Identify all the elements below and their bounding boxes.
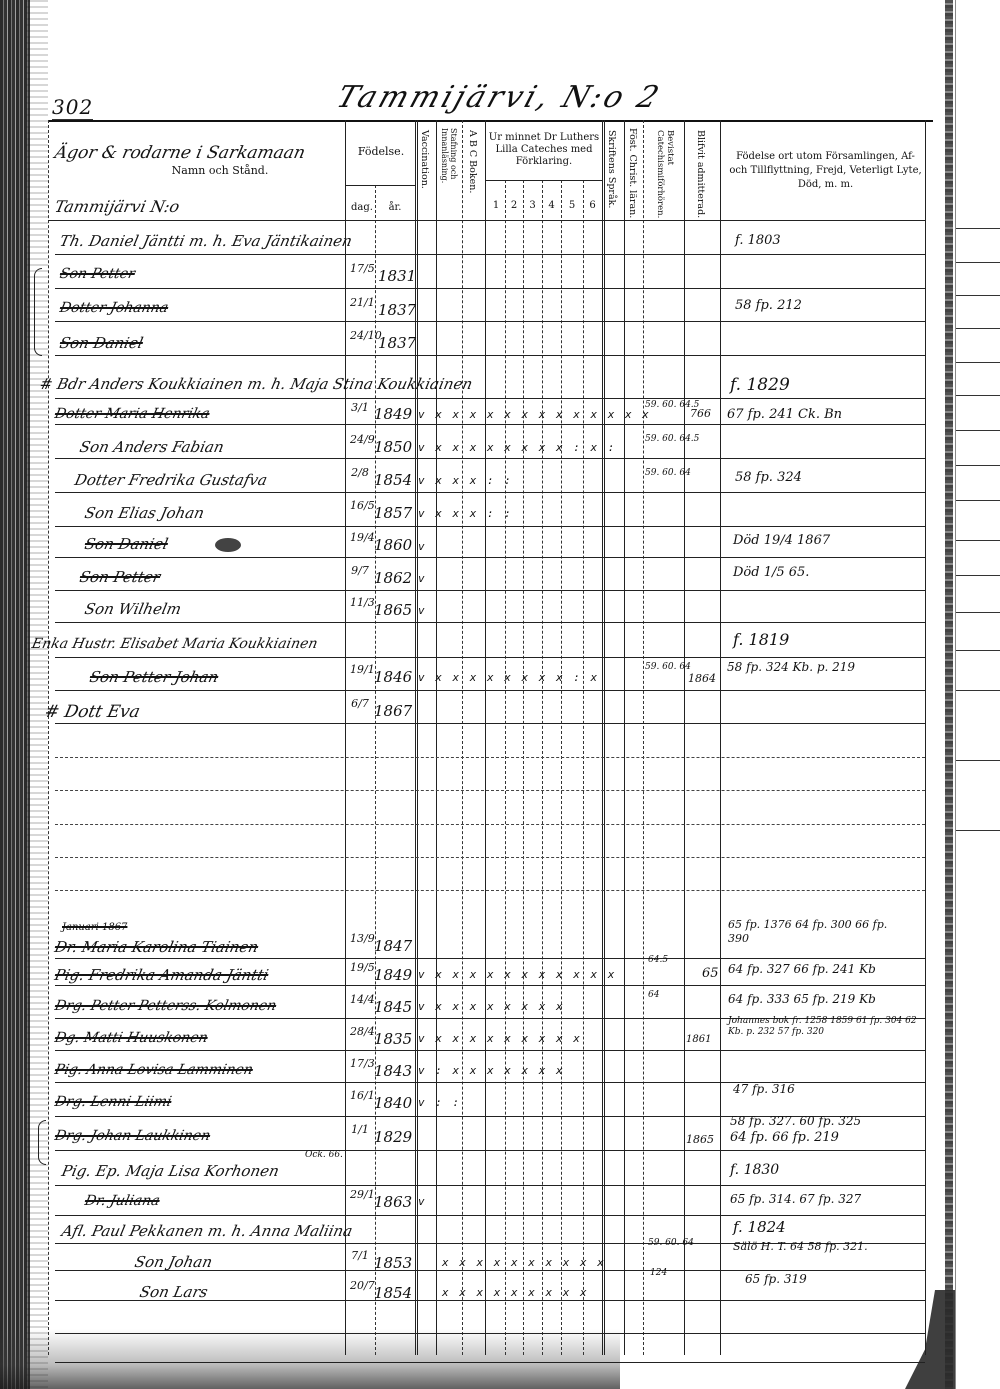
exam-marks: v : x x x x x x x bbox=[418, 1064, 565, 1077]
entry-notes: 47 fp. 316 bbox=[733, 1082, 795, 1096]
birth-year: 1847 bbox=[374, 937, 412, 955]
ink-blot bbox=[215, 538, 241, 552]
birth-day: 13/9 bbox=[350, 933, 370, 944]
birth-year: 1846 bbox=[374, 668, 412, 686]
exam-marks: v : : bbox=[418, 1096, 461, 1109]
vaccination-heading: Vaccination. bbox=[419, 130, 430, 189]
birth-year: 1845 bbox=[374, 998, 412, 1016]
scripture-heading: Skriftens Språk. bbox=[606, 130, 617, 208]
birth-year: 1837 bbox=[378, 301, 416, 319]
exam-marks: v x x x x x x x x bbox=[418, 1000, 565, 1013]
attendance-years: 59. 60. 64.5 bbox=[645, 434, 699, 444]
birth-year: 1862 bbox=[374, 569, 412, 587]
entry-name: Son Petter bbox=[58, 266, 136, 282]
birth-day: 6/7 bbox=[350, 698, 370, 709]
birth-year: 1849 bbox=[374, 966, 412, 984]
birth-day: 1/1 bbox=[350, 1124, 370, 1135]
table-top-rule bbox=[48, 120, 933, 122]
entry-name: Dotter Fredrika Gustafva bbox=[73, 471, 269, 489]
entry-notes: Johannes bok fr. 1258 1859 61 fp. 304 62… bbox=[728, 1016, 923, 1038]
birth-day: 14/4 bbox=[350, 994, 370, 1005]
communion-year: 1865 bbox=[686, 1133, 714, 1146]
birth-year: 1863 bbox=[374, 1193, 412, 1211]
birth-heading: Födelse. bbox=[350, 146, 412, 158]
communion-year: 65 bbox=[702, 966, 719, 981]
entry-name: Dotter Maria Henrika bbox=[53, 406, 211, 422]
entry-notes: f. 1829 bbox=[730, 375, 790, 395]
birth-year: 1854 bbox=[374, 471, 412, 489]
entry-name: Son Wilhelm bbox=[83, 600, 183, 618]
birth-year: 1850 bbox=[374, 438, 412, 456]
birth-year: 1849 bbox=[374, 405, 412, 423]
scan-shadow bbox=[0, 1329, 620, 1389]
entry-notes: 67 fp. 241 Ck. Bn bbox=[727, 407, 842, 422]
entry-notes: Sälö H. T. 64 58 fp. 321. bbox=[733, 1240, 883, 1254]
entry-name: Pig. Ep. Maja Lisa Korhonen bbox=[60, 1162, 281, 1180]
birth-year: 1860 bbox=[374, 536, 412, 554]
birth-day: 19/1 bbox=[350, 664, 370, 675]
exam-marks: x x x x x x x x x bbox=[442, 1286, 589, 1299]
entry-name: Pig. Anna Lovisa Lamminen bbox=[53, 1062, 254, 1078]
name-col-heading: Namn och Stånd. bbox=[150, 165, 290, 177]
birth-day: 3/1 bbox=[350, 402, 370, 413]
entry-name: Drg. Petter Petterss. Kolmonen bbox=[53, 998, 278, 1014]
birth-year: 1840 bbox=[374, 1094, 412, 1112]
entry-name: Dr. Maria Karolina Tiainen bbox=[53, 938, 260, 956]
entry-name: # Dott Eva bbox=[43, 702, 142, 722]
exam-marks: v x x x x x x x x : x : bbox=[418, 441, 616, 454]
birth-year: 1853 bbox=[374, 1254, 412, 1272]
entry-notes: 64 fp. 66 fp. 219 bbox=[730, 1130, 839, 1145]
entry-notes: 58 fp. 324 bbox=[735, 470, 802, 485]
exam-marks: v bbox=[418, 1195, 427, 1208]
birth-day: 2/8 bbox=[350, 467, 370, 478]
entry-name: Son Petter bbox=[78, 568, 162, 586]
entry-name: Son Anders Fabian bbox=[78, 438, 226, 456]
birth-day: 24/10 bbox=[350, 330, 370, 341]
notes-heading: Födelse ort utom Församlingen, Af- och T… bbox=[728, 150, 923, 192]
birth-day: 21/1 bbox=[350, 297, 370, 308]
birth-day-heading: dag. bbox=[348, 202, 376, 214]
birth-year: 1867 bbox=[374, 702, 412, 720]
reading-heading: Stafning och Innanläsning. bbox=[440, 128, 458, 213]
entry-name: Drg. Lenni Liimi bbox=[53, 1094, 173, 1110]
exam-marks: v x x x : : bbox=[418, 507, 513, 520]
entry-notes: f. 1803 bbox=[735, 233, 781, 248]
entry-name: Dotter Johanna bbox=[58, 300, 170, 316]
family-brace bbox=[38, 1120, 46, 1165]
birth-year: 1865 bbox=[374, 601, 412, 619]
entry-notes: Död 1/5 65. bbox=[733, 565, 809, 580]
exam-marks: v bbox=[418, 572, 427, 585]
family-brace bbox=[34, 268, 42, 356]
birth-day: 19/4 bbox=[350, 532, 370, 543]
birth-year: 1837 bbox=[378, 334, 416, 352]
birth-day: 16/5 bbox=[350, 500, 370, 511]
entry-notes: 58 fp. 324 Kb. p. 219 bbox=[727, 660, 855, 674]
attendance-years: 59. 60. 64 bbox=[648, 1238, 694, 1248]
exam-marks: v bbox=[418, 540, 427, 553]
exam-marks: v bbox=[418, 604, 427, 617]
entry-notes: 58 fp. 327. 60 fp. 325 bbox=[730, 1114, 861, 1128]
name-col-sub-heading: Tammijärvi N:o bbox=[53, 197, 181, 216]
catechism-col-5: 5 bbox=[562, 200, 582, 212]
catechism-heading: Ur minnet Dr Luthers Lilla Cateches med … bbox=[487, 132, 601, 168]
communion-heading: Blifvit admitterad. bbox=[695, 130, 706, 218]
entry-notes: f. 1824 bbox=[733, 1218, 786, 1236]
birth-day: 17/5 bbox=[350, 263, 370, 274]
birth-day: 9/7 bbox=[350, 565, 370, 576]
abc-book-heading: A B C Boken. bbox=[467, 130, 478, 193]
parish-title: Tammijärvi, N:o 2 bbox=[332, 80, 666, 115]
entry-notes: 64 fp. 327 66 fp. 241 Kb bbox=[728, 962, 876, 976]
entry-notes: f. 1819 bbox=[733, 630, 789, 649]
catechism-col-1: 1 bbox=[488, 200, 504, 212]
catechism-col-6: 6 bbox=[584, 200, 601, 212]
attendance-years: 64 bbox=[648, 990, 659, 1000]
entry-date-note: Januari 1867 bbox=[62, 922, 127, 933]
birth-day: 19/5 bbox=[350, 962, 370, 973]
entry-notes: f. 1830 bbox=[730, 1162, 779, 1178]
communion-year: 1861 bbox=[686, 1034, 711, 1045]
birth-year: 1835 bbox=[374, 1030, 412, 1048]
birth-day: 24/9 bbox=[350, 434, 370, 445]
birth-day: 7/1 bbox=[350, 1250, 370, 1261]
entry-name: Afl. Paul Pekkanen m. h. Anna Maliina bbox=[60, 1222, 354, 1240]
communion-year: 1864 bbox=[688, 672, 716, 685]
catechism-attendance-heading: Bevistat Catechismiförhören. bbox=[655, 130, 675, 210]
catechism-col-2: 2 bbox=[506, 200, 522, 212]
entry-name: Son Daniel bbox=[83, 535, 170, 553]
entry-name: Son Lars bbox=[138, 1283, 209, 1301]
birth-day: 17/3 bbox=[350, 1058, 370, 1069]
entry-date-note: Ock. 66. bbox=[305, 1150, 343, 1160]
entry-name: Pig. Fredrika Amanda Jäntti bbox=[53, 966, 270, 984]
birth-day: 20/7 bbox=[350, 1280, 370, 1291]
attendance-years: 59. 60. 64 bbox=[645, 662, 691, 672]
exam-marks: v x x x x x x x x x x x x x bbox=[418, 408, 651, 421]
birth-year: 1854 bbox=[374, 1284, 412, 1302]
birth-year: 1829 bbox=[374, 1128, 412, 1146]
birth-year-heading: år. bbox=[380, 202, 410, 214]
exam-marks: v x x x x x x x x x bbox=[418, 1032, 582, 1045]
entry-notes: 65 fp. 1376 64 fp. 300 66 fp. 390 bbox=[728, 918, 908, 946]
birth-year: 1843 bbox=[374, 1062, 412, 1080]
birth-year: 1857 bbox=[374, 504, 412, 522]
entry-notes: 65 fp. 314. 67 fp. 327 bbox=[730, 1192, 861, 1206]
birth-day: 11/3 bbox=[350, 597, 370, 608]
entry-name: Enka Hustr. Elisabet Maria Koukkiainen bbox=[30, 636, 319, 652]
page-crease bbox=[945, 0, 953, 1389]
adjacent-page-edge bbox=[955, 0, 1000, 1389]
entry-notes: 58 fp. 212 bbox=[735, 298, 802, 313]
entry-name: Son Daniel bbox=[58, 334, 145, 352]
attendance-years: 64.5 bbox=[648, 955, 668, 965]
attendance-years: 59. 60. 64 bbox=[645, 468, 691, 478]
attendance-years: 124 bbox=[650, 1268, 667, 1278]
exam-marks: x x x x x x x x x x bbox=[442, 1256, 606, 1269]
entry-name: # Bdr Anders Koukkiainen m. h. Maja Stin… bbox=[38, 375, 474, 393]
entry-name: Son Petter Johan bbox=[88, 668, 220, 686]
catechism-col-4: 4 bbox=[543, 200, 560, 212]
entry-name: Th. Daniel Jäntti m. h. Eva Jäntikainen bbox=[58, 232, 354, 250]
entry-name: Drg. Johan Laukkinen bbox=[53, 1128, 211, 1144]
christian-teaching-heading: Föst. Christ. läran. bbox=[627, 128, 638, 218]
entry-name: Son Johan bbox=[133, 1253, 214, 1271]
entry-name: Son Elias Johan bbox=[83, 504, 206, 522]
exam-marks: v x x x : : bbox=[418, 474, 513, 487]
page-crease-shadow bbox=[905, 1290, 955, 1389]
entry-notes: 64 fp. 333 65 fp. 219 Kb bbox=[728, 992, 876, 1006]
birth-day: 28/4 bbox=[350, 1026, 370, 1037]
page-number: 302 bbox=[52, 95, 93, 120]
entry-notes: Död 19/4 1867 bbox=[733, 533, 830, 548]
entry-notes: 65 fp. 319 bbox=[745, 1272, 807, 1286]
entry-name: Dg. Matti Huuskonen bbox=[53, 1030, 209, 1046]
exam-marks: v x x x x x x x x : x bbox=[418, 671, 599, 684]
name-col-handwritten-heading: Ägor & rodarne i Sarkamaan bbox=[53, 143, 307, 163]
catechism-col-3: 3 bbox=[524, 200, 541, 212]
exam-marks: v x x x x x x x x x x x bbox=[418, 968, 616, 981]
birth-day: 16/1 bbox=[350, 1090, 370, 1101]
birth-day: 29/1 bbox=[350, 1189, 370, 1200]
birth-year: 1831 bbox=[378, 267, 416, 285]
entry-name: Dr. Juliana bbox=[83, 1193, 161, 1209]
book-binding-edge bbox=[0, 0, 30, 1389]
communion-year: 766 bbox=[690, 407, 711, 420]
